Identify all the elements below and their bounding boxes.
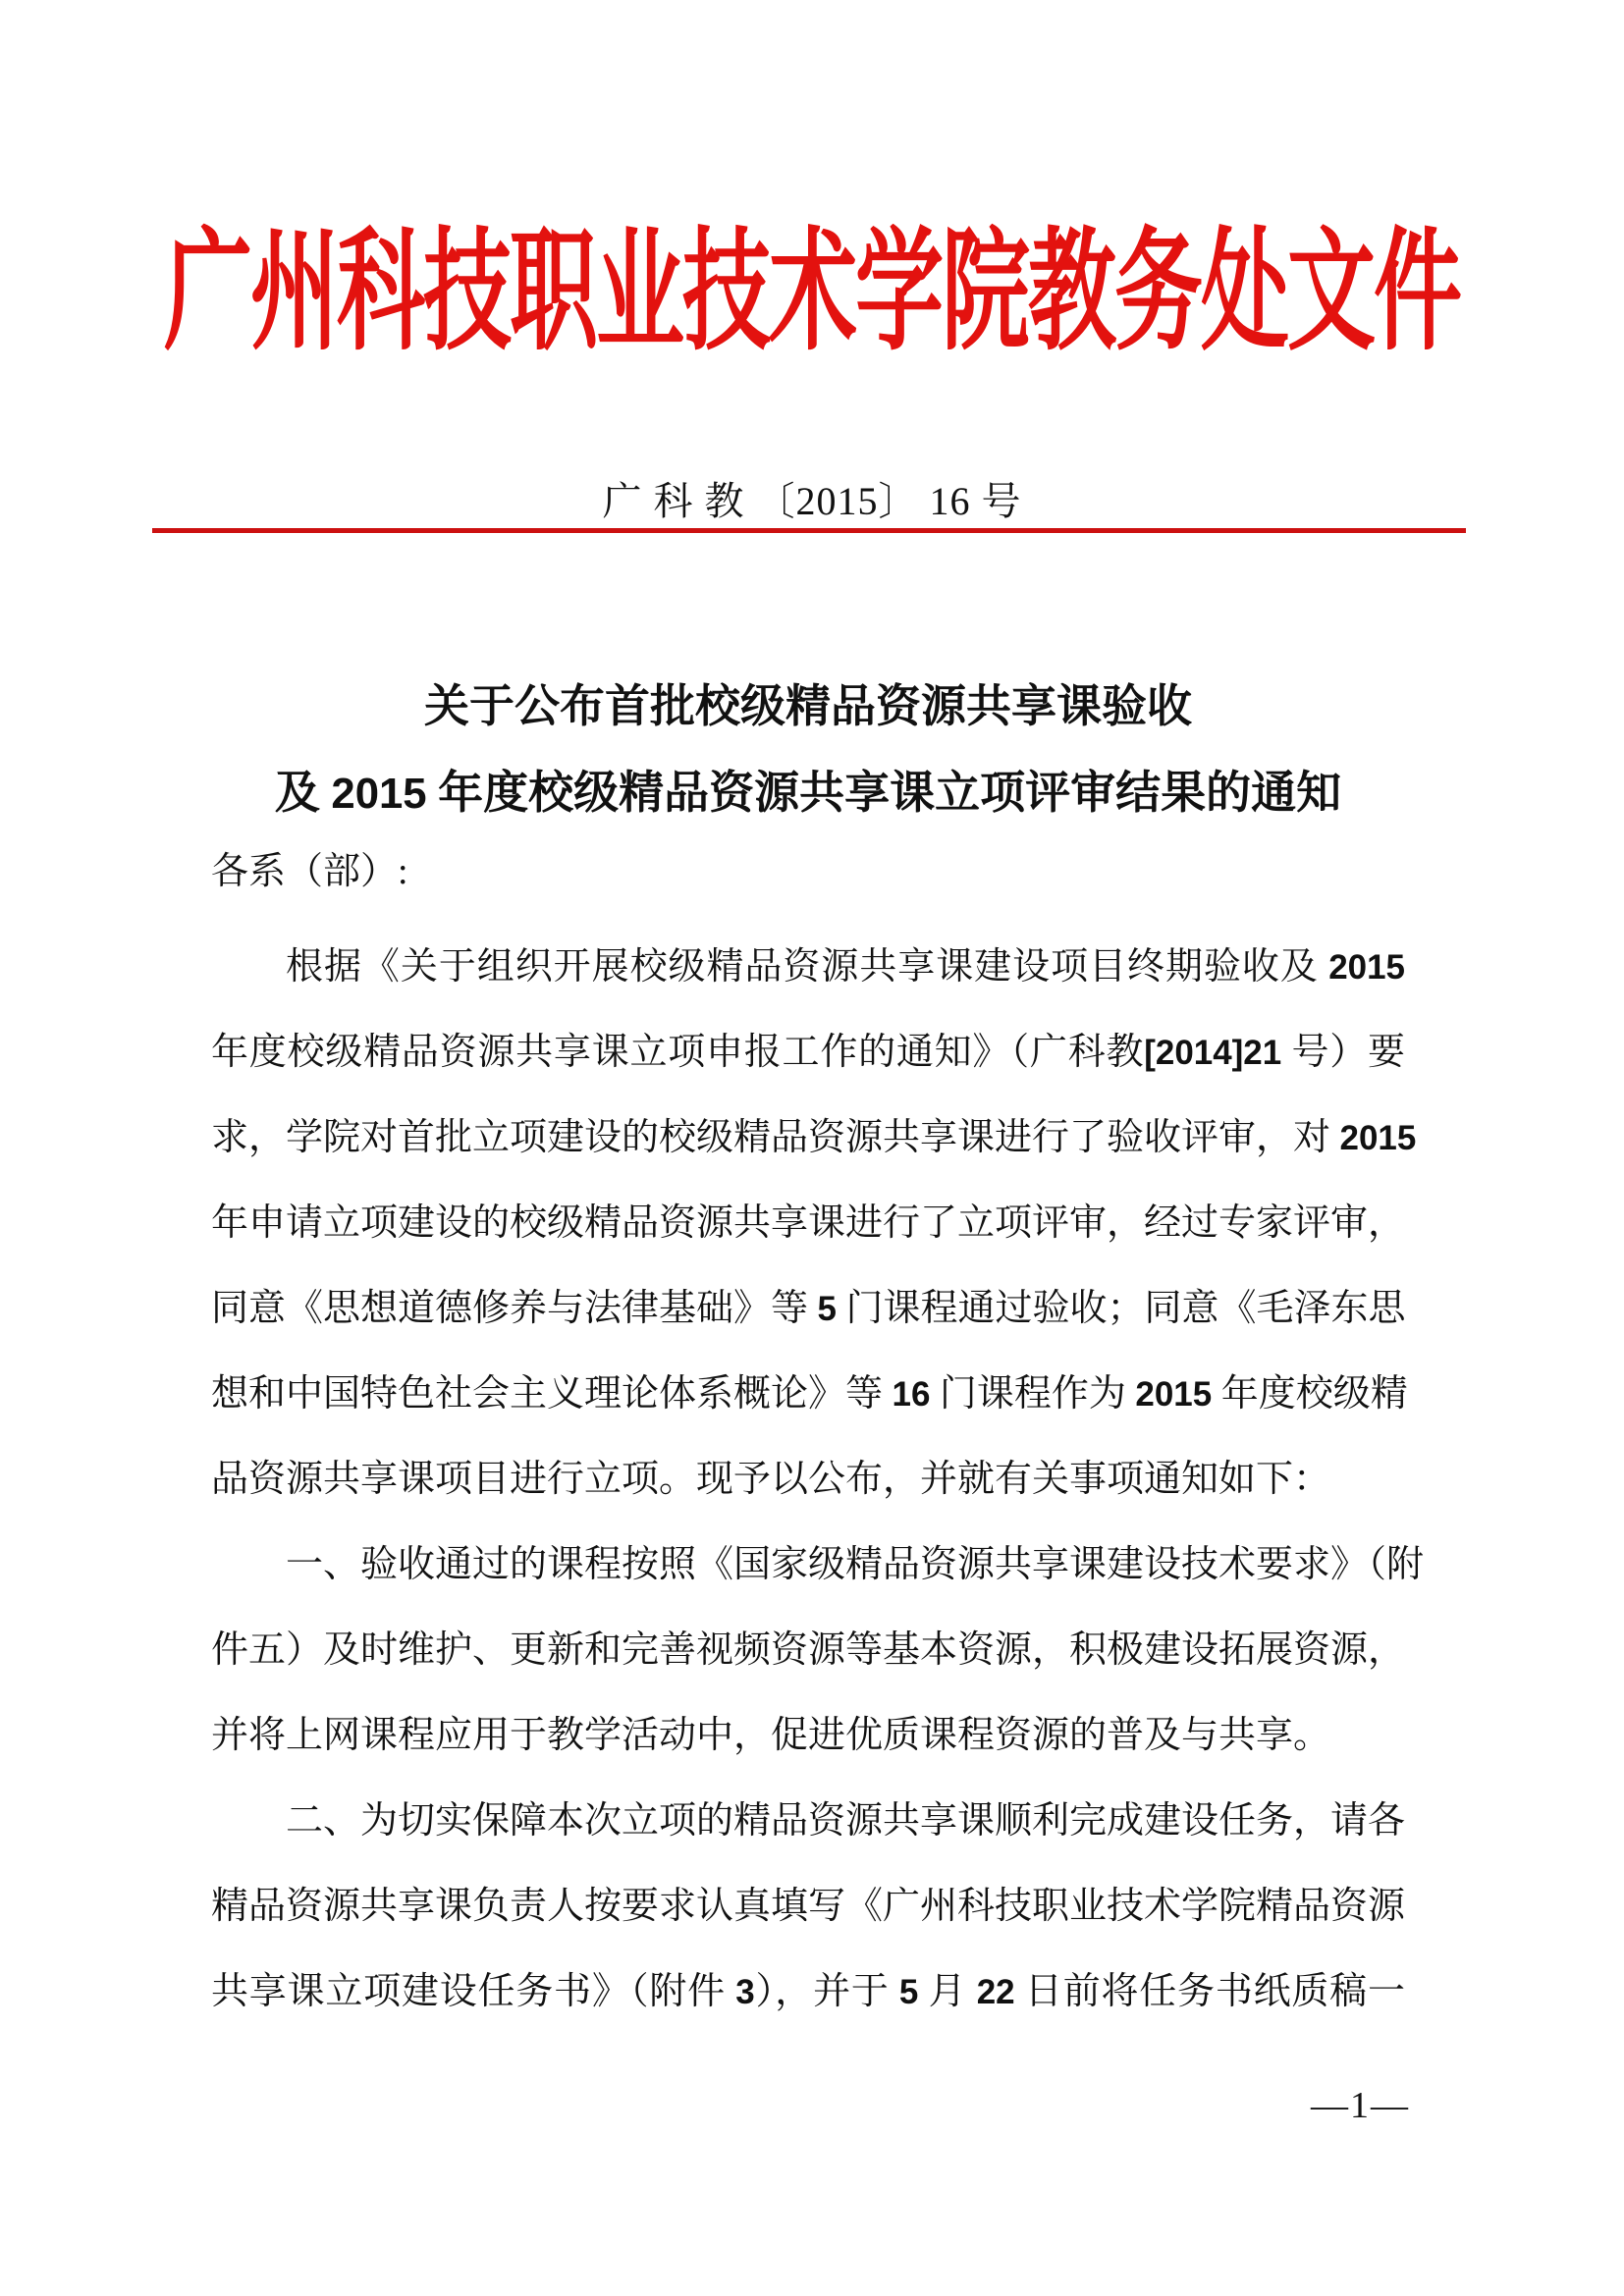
document-number: 广 科 教 〔2015〕 16 号 [0,477,1624,526]
body-line-12: 精品资源共享课负责人按要求认真填写《广州科技职业技术学院精品资源 [211,1864,1405,1949]
body-line-3: 求，学院对首批立项建设的校级精品资源共享课进行了验收评审，对 2015 [211,1095,1405,1181]
body-line-5: 同意《思想道德修养与法律基础》等 5 门课程通过验收；同意《毛泽东思 [211,1266,1405,1352]
notice-title-line-1: 关于公布首批校级精品资源共享课验收 [211,664,1405,750]
body-line-10: 并将上网课程应用于教学活动中，促进优质课程资源的普及与共享。 [211,1693,1405,1779]
salutation: 各系（部）: [211,842,408,901]
body-line-11: 二、为切实保障本次立项的精品资源共享课顺利完成建设任务，请各 [211,1779,1405,1864]
letterhead-title: 广州科技职业技术学院教务处文件 [0,221,1624,368]
document-page: 广州科技职业技术学院教务处文件 广 科 教 〔2015〕 16 号 关于公布首批… [0,0,1624,2296]
body-line-7: 品资源共享课项目进行立项。现予以公布，并就有关事项通知如下： [211,1437,1405,1522]
body-line-13: 共享课立项建设任务书》（附件 3），并于 5 月 22 日前将任务书纸质稿一 [211,1949,1405,2035]
body-line-2: 年度校级精品资源共享课立项申报工作的通知》（广科教[2014]21 号）要 [211,1010,1405,1095]
notice-title: 关于公布首批校级精品资源共享课验收 及 2015 年度校级精品资源共享课立项评审… [211,664,1405,837]
page-number: —1— [1311,2083,1410,2128]
notice-title-line-2: 及 2015 年度校级精品资源共享课立项评审结果的通知 [211,750,1405,837]
body-line-9: 件五）及时维护、更新和完善视频资源等基本资源，积极建设拓展资源， [211,1608,1405,1693]
letterhead-divider-line [152,528,1466,533]
body-line-8: 一、验收通过的课程按照《国家级精品资源共享课建设技术要求》（附 [211,1522,1405,1608]
body-line-1: 根据《关于组织开展校级精品资源共享课建设项目终期验收及 2015 [211,925,1405,1010]
body-line-4: 年申请立项建设的校级精品资源共享课进行了立项评审，经过专家评审， [211,1181,1405,1266]
body-line-6: 想和中国特色社会主义理论体系概论》等 16 门课程作为 2015 年度校级精 [211,1352,1405,1437]
notice-body: 根据《关于组织开展校级精品资源共享课建设项目终期验收及 2015 年度校级精品资… [211,925,1405,2035]
